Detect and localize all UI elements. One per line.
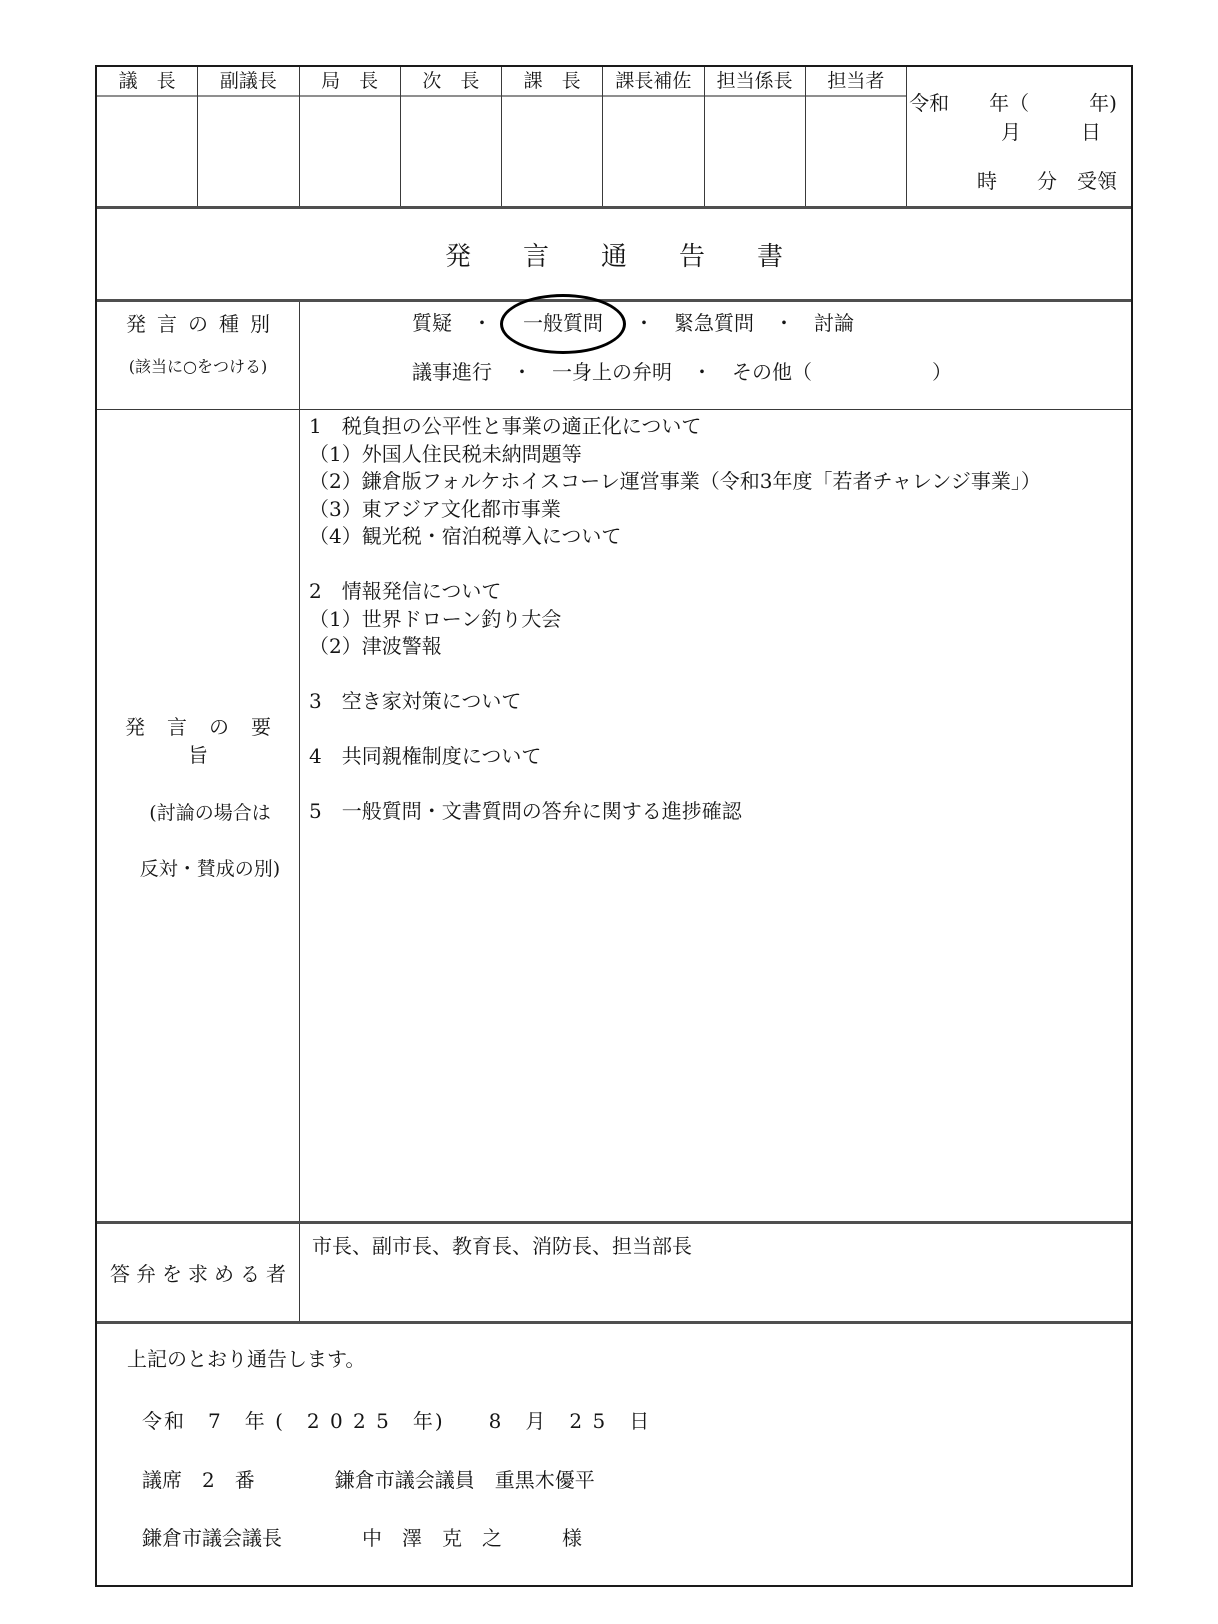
approval-column-section-chief: 課 長 [502,67,603,206]
approval-column-subsection-chief: 担当係長 [705,67,806,206]
summary-line: 3 空き家対策について [309,688,1131,716]
approval-column-header: 局 長 [300,67,400,97]
approval-stamp-cell [97,97,197,206]
receipt-time-line: 時 分 受領 [907,167,1117,196]
summary-line: 5 一般質問・文書質問の答弁に関する進捗確認 [309,798,1131,826]
summary-line: （1）外国人住民税未納問題等 [309,441,1131,469]
summary-line: （2）鎌倉版フォルケホイスコーレ運営事業（令和3年度「若者チャレンジ事業」） [309,468,1131,496]
option-separator: ・ [614,311,674,335]
footer-member-line: 議席 2 番 鎌倉市議会議員 重黒木優平 [127,1466,1131,1494]
summary-line: （1）世界ドローン釣り大会 [309,606,1131,634]
summary-content-cell: 1 税負担の公平性と事業の適正化について （1）外国人住民税未納問題等 （2）鎌… [300,410,1131,1221]
approval-column-assistant-section-chief: 課長補佐 [603,67,704,206]
speech-type-label: 発言の種別 [115,310,281,338]
summary-line: 4 共同親権制度について [309,743,1131,771]
approval-column-vice-chairman: 副議長 [198,67,299,206]
approval-column-header: 担当係長 [705,67,805,97]
summary-line: （2）津波警報 [309,633,1131,661]
summary-line: （4）観光税・宿泊税導入について [309,523,1131,551]
approval-column-header: 課 長 [502,67,602,97]
summary-note-2: 反対・賛成の別) [121,856,299,883]
summary-line [309,661,1131,689]
footer-date: 令和 7 年 ( 2 0 2 5 年) 8 月 2 5 日 [127,1407,1131,1435]
summary-label: 発言の要旨 [97,713,299,769]
receipt-month-day-line: 月 日 [907,118,1117,147]
approval-column-chairman: 議 長 [97,67,198,206]
speech-type-options-line2: 議事進行 ・ 一身上の弁明 ・ その他（ ） [412,358,1131,386]
approval-column-header: 課長補佐 [603,67,703,97]
approval-stamp-table: 議 長 副議長 局 長 次 長 課 長 課長補佐 [97,67,1131,209]
respondents-label: 答弁を求める者 [97,1224,300,1321]
approval-stamp-cell [401,97,501,206]
approval-column-header: 次 長 [401,67,501,97]
speech-type-note: (該当に○をつける) [129,355,267,379]
footer-addressee-line: 鎌倉市議会議長 中 澤 克 之 様 [127,1524,1131,1552]
form-title: 発 言 通 告 書 [97,209,1131,302]
approval-column-header: 議 長 [97,67,197,97]
approval-column-deputy-chief: 次 長 [401,67,502,206]
approval-stamp-cell [502,97,602,206]
respondents-row: 答弁を求める者 市長、副市長、教育長、消防長、担当部長 [97,1224,1131,1324]
speech-type-row: 発言の種別 (該当に○をつける) 質疑 ・ 一般質問 ・ 緊急質問 ・ 討論 議… [97,302,1131,410]
speech-type-options-line1: 質疑 ・ 一般質問 ・ 緊急質問 ・ 討論 [412,309,1131,337]
footer-block: 上記のとおり通告します。 令和 7 年 ( 2 0 2 5 年) 8 月 2 5… [97,1324,1131,1585]
statement-notification-form: 議 長 副議長 局 長 次 長 課 長 課長補佐 [95,65,1133,1587]
speech-type-options-cell: 質疑 ・ 一般質問 ・ 緊急質問 ・ 討論 議事進行 ・ 一身上の弁明 ・ その… [300,302,1131,409]
approval-column-bureau-chief: 局 長 [300,67,401,206]
approval-stamp-cell [603,97,703,206]
approval-column-header: 副議長 [198,67,298,97]
option-kinkyu-shitsumon: 緊急質問 [674,311,754,335]
document-page: 議 長 副議長 局 長 次 長 課 長 課長補佐 [0,0,1218,1624]
approval-stamp-cell [300,97,400,206]
approval-stamp-cell [806,97,906,206]
option-touron: 討論 [814,311,854,335]
option-shitsugi: 質疑 [412,311,452,335]
summary-line: 1 税負担の公平性と事業の適正化について [309,413,1131,441]
approval-column-staff: 担当者 [806,67,907,206]
footer-notice: 上記のとおり通告します。 [127,1345,1131,1373]
summary-label-cell: 発言の要旨 (討論の場合は 反対・賛成の別) [97,410,300,1221]
selected-option-circle: 一般質問 [500,294,626,354]
respondents-value: 市長、副市長、教育長、消防長、担当部長 [300,1224,1131,1321]
approval-column-header: 担当者 [806,67,906,97]
summary-line [309,551,1131,579]
option-ippan-shitsumon: 一般質問 [523,311,603,335]
approval-stamp-cell [705,97,805,206]
summary-notes: (討論の場合は 反対・賛成の別) [97,800,299,883]
summary-row: 発言の要旨 (討論の場合は 反対・賛成の別) 1 税負担の公平性と事業の適正化に… [97,410,1131,1224]
receipt-era-year-line: 令和 年（ 年) [907,89,1117,118]
summary-line: （3）東アジア文化都市事業 [309,496,1131,524]
approval-stamp-cell [198,97,298,206]
summary-line [309,716,1131,744]
option-separator: ・ [754,311,814,335]
summary-note-1: (討論の場合は [121,800,299,827]
speech-type-label-cell: 発言の種別 (該当に○をつける) [97,302,300,409]
summary-line: 2 情報発信について [309,578,1131,606]
receipt-date-area: 令和 年（ 年) 月 日 時 分 受領 [907,67,1131,206]
summary-line [309,771,1131,799]
